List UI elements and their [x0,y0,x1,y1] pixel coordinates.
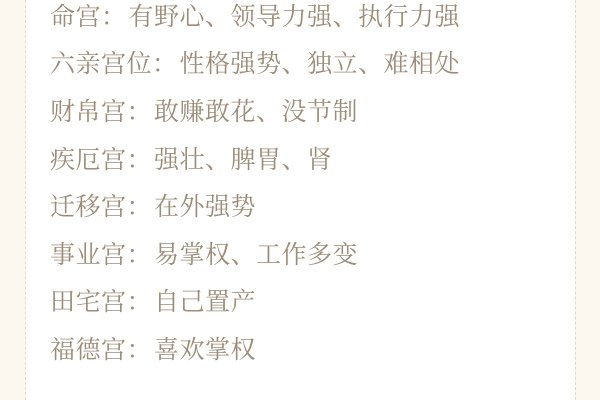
palace-label: 福德宫： [50,330,152,366]
palace-label: 迁移宫： [50,187,152,223]
right-border-strip [575,0,600,400]
palace-description: 在外强势 [154,187,256,223]
palace-label: 财帛宫： [50,92,152,128]
list-item: 财帛宫：敢赚敢花、没节制 [50,86,570,134]
list-item: 疾厄宫：强壮、脾胃、肾 [50,134,570,182]
palace-description: 易掌权、工作多变 [154,235,358,271]
left-border-strip [0,0,26,400]
palace-label: 事业宫： [50,235,152,271]
palace-label: 田宅宫： [50,282,152,318]
list-item: 迁移宫：在外强势 [50,181,570,229]
list-item: 六亲宫位：性格强势、独立、难相处 [50,39,570,87]
list-item: 福德宫：喜欢掌权 [50,324,570,372]
list-item: 命宫：有野心、领导力强、执行力强 [50,0,570,39]
list-item: 田宅宫：自己置产 [50,277,570,325]
palace-description: 有野心、领导力强、执行力强 [129,0,461,33]
list-item: 事业宫：易掌权、工作多变 [50,229,570,277]
palace-label: 命宫： [50,0,127,33]
palace-description: 敢赚敢花、没节制 [154,92,358,128]
palace-description: 自己置产 [154,282,256,318]
palace-list: 命宫：有野心、领导力强、执行力强六亲宫位：性格强势、独立、难相处财帛宫：敢赚敢花… [50,0,570,372]
palace-description: 喜欢掌权 [154,330,256,366]
palace-description: 性格强势、独立、难相处 [180,44,461,80]
palace-label: 疾厄宫： [50,140,152,176]
palace-description: 强壮、脾胃、肾 [154,140,333,176]
palace-label: 六亲宫位： [50,44,178,80]
